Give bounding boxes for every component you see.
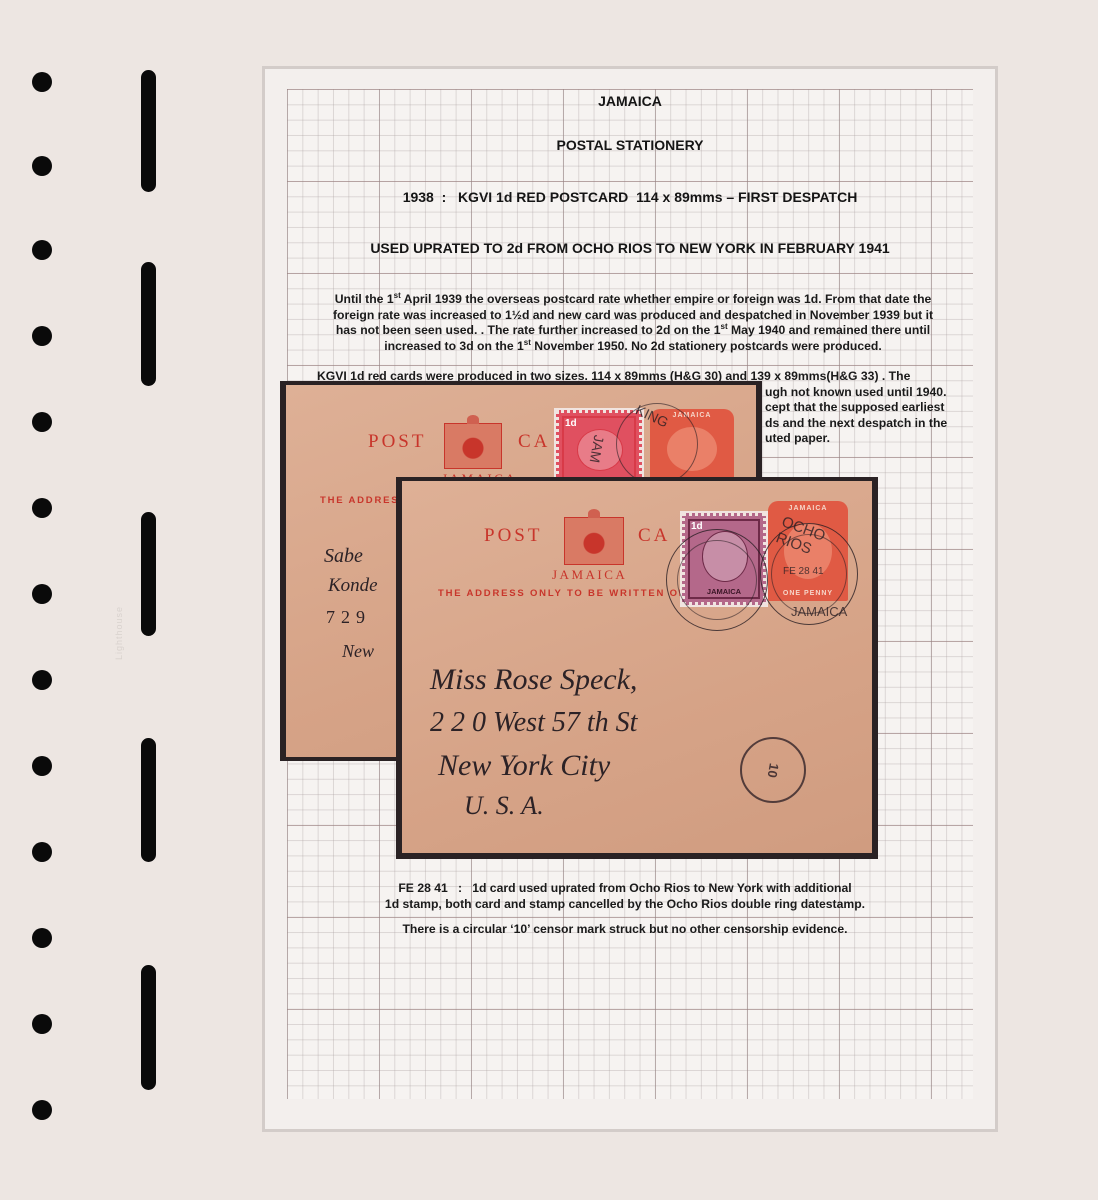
royal-arms-icon — [444, 423, 502, 469]
binder-slot — [141, 70, 156, 192]
front-postcard: POST CA JAMAICA THE ADDRESS ONLY TO BE W… — [402, 481, 872, 853]
back-card-card-text: CA — [518, 431, 550, 453]
back-card-handwriting-line: New — [342, 641, 374, 662]
caption-line: FE 28 41 : 1d card used uprated from Och… — [325, 881, 925, 897]
front-card-handwriting-line: New York City — [438, 749, 610, 783]
front-card-country: JAMAICA — [552, 567, 627, 583]
postmark-text: KING — [633, 402, 671, 431]
binder-hole — [32, 670, 52, 690]
front-card-postmark-left — [666, 529, 768, 631]
binder-hole — [32, 584, 52, 604]
front-card-card-text: CA — [638, 525, 670, 547]
royal-arms-icon — [564, 517, 624, 565]
binder-hole — [32, 412, 52, 432]
page-country-heading: JAMAICA — [265, 93, 995, 109]
back-card-postmark: KING — [616, 403, 698, 485]
censor-mark-number: 10 — [764, 762, 781, 779]
back-card-handwriting-line: Sabe — [324, 545, 363, 568]
front-card-handwriting-line: Miss Rose Speck, — [430, 663, 637, 697]
intro-paragraph-1-line: foreign rate was increased to 1½d and ne… — [295, 308, 971, 324]
binder-hole — [32, 756, 52, 776]
binder-hole — [32, 1014, 52, 1034]
front-card-handwriting-line: 2 2 0 West 57 th St — [430, 707, 637, 739]
intro-paragraph-1-line: increased to 3d on the 1st November 1950… — [295, 339, 971, 355]
binder-slot — [141, 738, 156, 862]
front-card-handwriting-line: U. S. A. — [464, 791, 544, 821]
binder-hole — [32, 72, 52, 92]
binder-slot — [141, 262, 156, 386]
binder-hole — [32, 240, 52, 260]
censor-mark: 10 — [740, 737, 806, 803]
postmark-date: FE 28 41 — [783, 566, 824, 577]
binder-hole — [32, 326, 52, 346]
front-card-address-line: THE ADDRESS ONLY TO BE WRITTEN ON — [438, 588, 687, 599]
item-subtitle: USED UPRATED TO 2d FROM OCHO RIOS TO NEW… — [265, 240, 995, 256]
indicia-top-label: JAMAICA — [768, 505, 848, 512]
caption-line: 1d stamp, both card and stamp cancelled … — [325, 897, 925, 913]
binder-hole — [32, 498, 52, 518]
postmark-inner-ring — [677, 540, 757, 620]
margin-emboss: Lighthouse — [114, 520, 128, 660]
front-card-post-text: POST — [484, 525, 542, 547]
binder-hole — [32, 842, 52, 862]
postmark-country: JAMAICA — [791, 604, 847, 619]
intro-paragraph-1-line: has not been seen used. . The rate furth… — [295, 323, 971, 339]
back-card-post-text: POST — [368, 431, 426, 453]
page-section-heading: POSTAL STATIONERY — [265, 137, 995, 153]
binder-hole — [32, 928, 52, 948]
binder-hole — [32, 1100, 52, 1120]
caption-line: There is a circular ‘10’ censor mark str… — [325, 922, 925, 938]
binder-slot — [141, 965, 156, 1090]
front-card-postmark-right: OCHO RIOS JAMAICA FE 28 41 — [760, 523, 858, 625]
back-card-address-line: THE ADDRESS — [320, 495, 408, 506]
intro-paragraph-1: Until the 1st April 1939 the overseas po… — [295, 292, 971, 354]
back-card-handwriting-line: Konde — [328, 575, 378, 597]
intro-paragraph-1-line: Until the 1st April 1939 the overseas po… — [295, 292, 971, 308]
back-card-handwriting-line: 729 — [326, 607, 371, 628]
binder-hole — [32, 156, 52, 176]
stamp-value: 1d — [565, 418, 577, 429]
caption: FE 28 41 : 1d card used uprated from Och… — [325, 881, 925, 938]
binder-slot — [141, 512, 156, 636]
item-title: 1938 : KGVI 1d RED POSTCARD 114 x 89mms … — [265, 189, 995, 205]
